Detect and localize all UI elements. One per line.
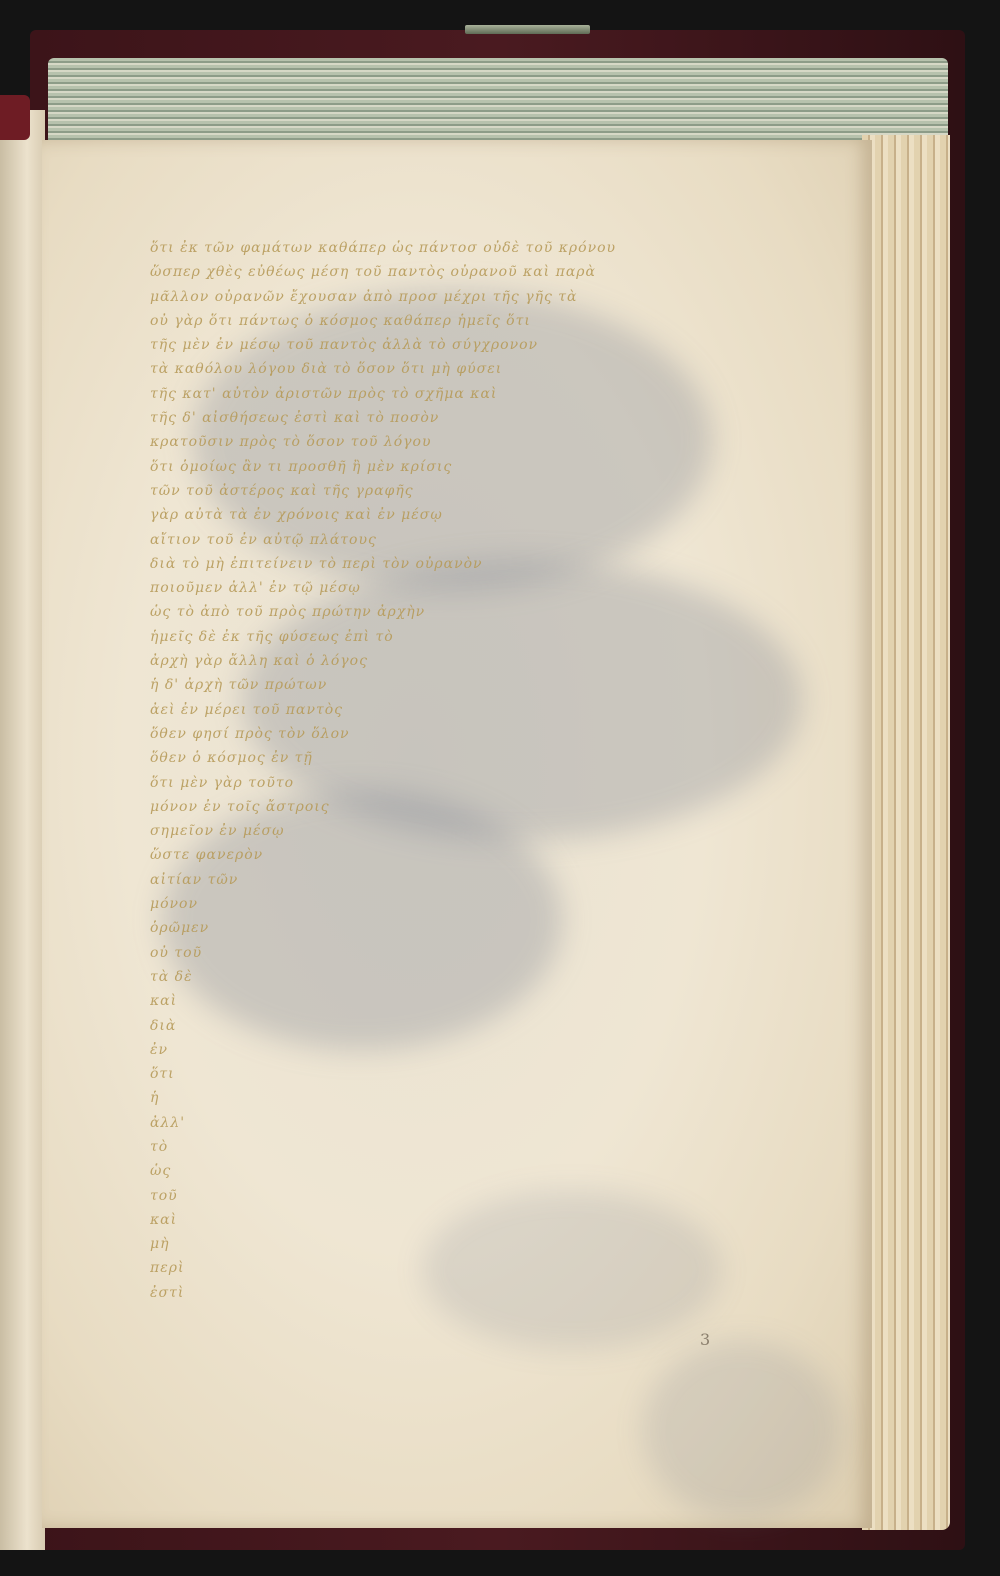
manuscript-line: ὅτι μὲν γὰρ τοῦτο [150, 771, 840, 795]
manuscript-line: τῶν τοῦ ἀστέρος καὶ τῆς γραφῆς [150, 479, 840, 503]
manuscript-line: κρατοῦσιν πρὸς τὸ ὅσον τοῦ λόγου [150, 430, 840, 454]
fore-edge-leaves [862, 135, 950, 1530]
manuscript-line: ἀλλ' [150, 1111, 840, 1135]
manuscript-line: ὥσπερ χθὲς εὐθέως μέση τοῦ παντὸς οὐρανο… [150, 260, 840, 284]
manuscript-line: ὅτι ὁμοίως ἂν τι προσθῆ ἢ μὲν κρίσις [150, 455, 840, 479]
manuscript-line: ὅθεν ὁ κόσμος ἐν τῇ [150, 746, 840, 770]
left-page-edge [0, 110, 45, 1550]
manuscript-line: τὰ δὲ [150, 965, 840, 989]
manuscript-line: μόνον [150, 892, 840, 916]
manuscript-line: ἀεὶ ἐν μέρει τοῦ παντὸς [150, 698, 840, 722]
manuscript-line: οὐ γὰρ ὅτι πάντως ὁ κόσμος καθάπερ ἡμεῖς… [150, 309, 840, 333]
manuscript-line: σημεῖον ἐν μέσῳ [150, 819, 840, 843]
manuscript-line: μόνον ἐν τοῖς ἄστροις [150, 795, 840, 819]
binding-corner [0, 95, 30, 140]
manuscript-line: ὅθεν φησί πρὸς τὸν ὅλον [150, 722, 840, 746]
manuscript-line: ὅτι [150, 1062, 840, 1086]
manuscript-line: αἴτιον τοῦ ἐν αὐτῷ πλάτους [150, 528, 840, 552]
manuscript-line: τὰ καθόλου λόγου διὰ τὸ ὅσον ὅτι μὴ φύσε… [150, 357, 840, 381]
manuscript-line: ὡς [150, 1159, 840, 1183]
manuscript-line: ὁρῶμεν [150, 916, 840, 940]
manuscript-line: αἰτίαν τῶν [150, 868, 840, 892]
manuscript-line: ἡ δ' ἀρχὴ τῶν πρώτων [150, 673, 840, 697]
manuscript-line: γὰρ αὐτὰ τὰ ἐν χρόνοις καὶ ἐν μέσῳ [150, 503, 840, 527]
manuscript-line: μὴ [150, 1232, 840, 1256]
manuscript-text-block: ὅτι ἐκ τῶν φαμάτων καθάπερ ὡς πάντοσ οὐδ… [150, 236, 840, 1305]
manuscript-line: ἡμεῖς δὲ ἐκ τῆς φύσεως ἐπὶ τὸ [150, 625, 840, 649]
manuscript-line: ἐστὶ [150, 1281, 840, 1305]
manuscript-line: ὥστε φανερὸν [150, 843, 840, 867]
manuscript-line: τῆς κατ' αὐτὸν ἀριστῶν πρὸς τὸ σχῆμα καὶ [150, 382, 840, 406]
manuscript-line: τῆς μὲν ἐν μέσῳ τοῦ παντὸς ἀλλὰ τὸ σύγχρ… [150, 333, 840, 357]
folio-number: 3 [700, 1330, 710, 1349]
manuscript-line: ἡ [150, 1086, 840, 1110]
manuscript-line: τὸ [150, 1135, 840, 1159]
manuscript-line: καὶ [150, 989, 840, 1013]
manuscript-line: ὡς τὸ ἀπὸ τοῦ πρὸς πρώτην ἀρχὴν [150, 600, 840, 624]
manuscript-line: τῆς δ' αἰσθήσεως ἐστὶ καὶ τὸ ποσὸν [150, 406, 840, 430]
manuscript-line: ὅτι ἐκ τῶν φαμάτων καθάπερ ὡς πάντοσ οὐδ… [150, 236, 840, 260]
manuscript-line: ἐν [150, 1038, 840, 1062]
manuscript-line: διὰ [150, 1014, 840, 1038]
manuscript-line: μᾶλλον οὐρανῶν ἔχουσαν ἀπὸ προσ μέχρι τῆ… [150, 285, 840, 309]
manuscript-line: περὶ [150, 1256, 840, 1280]
manuscript-line: ἀρχὴ γὰρ ἄλλη καὶ ὁ λόγος [150, 649, 840, 673]
manuscript-line: ποιοῦμεν ἀλλ' ἐν τῷ μέσῳ [150, 576, 840, 600]
manuscript-line: καὶ [150, 1208, 840, 1232]
top-page-edges [48, 58, 948, 143]
manuscript-line: τοῦ [150, 1184, 840, 1208]
manuscript-line: οὐ τοῦ [150, 941, 840, 965]
book-clasp [465, 25, 590, 34]
manuscript-line: διὰ τὸ μὴ ἐπιτείνειν τὸ περὶ τὸν οὐρανὸν [150, 552, 840, 576]
